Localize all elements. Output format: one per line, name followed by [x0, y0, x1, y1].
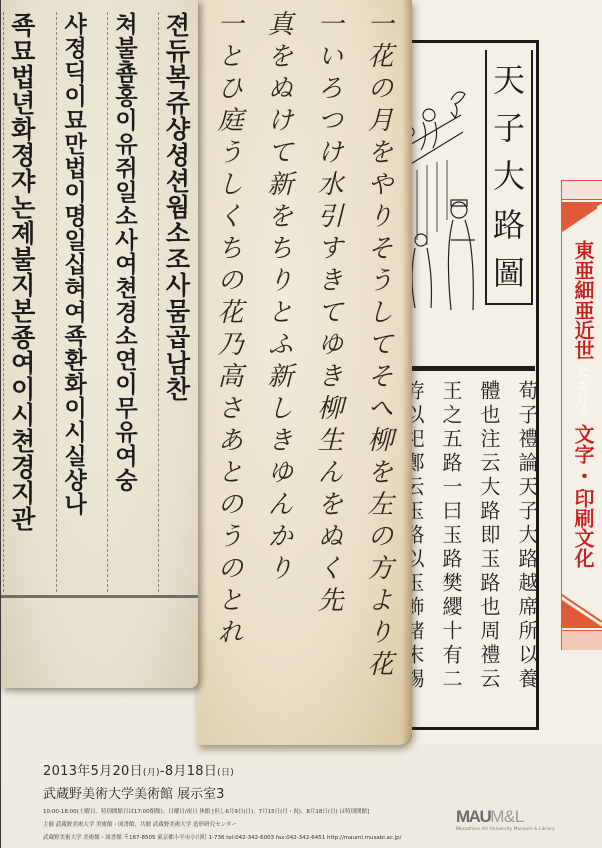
woodblock-text-column: 王之五路一曰玉路樊纓十有二: [441, 380, 461, 720]
korean-document-page: 젼듀복쥬샹셩션웜소조사뭄곱남찬 쳐불춈홍이유쥐일소사여쳔경소연이무유여숭 샤졍딕…: [1, 0, 198, 688]
korean-bottom-rule: [1, 595, 198, 598]
opening-hours: 10:00-18:00(土曜日、特別開館日は17:00閉館)、日曜日/祝日 休館…: [43, 807, 443, 815]
woodblock-title-char: 天: [493, 64, 525, 96]
korean-text-column: 죡묘법년화졍쟈논졔불지본죵여이시쳔경지관: [3, 12, 34, 592]
start-date: 2013年5月20日: [43, 764, 143, 779]
end-day-of-week: (日): [217, 768, 234, 778]
title-subject-1: 文字: [573, 424, 593, 464]
cursive-manuscript-page: 一花の月をやりそうしてそへ柳を左の方より花 一いろつけ水引すきてゆき柳生んをぬく…: [197, 0, 412, 745]
title-separator: ・: [573, 466, 593, 486]
woodblock-figures-illustration: [401, 60, 483, 320]
woodblock-divider: [399, 366, 535, 371]
exhibition-title: 東亜細亜近世 における 文字 ・ 印刷文化: [566, 240, 600, 590]
woodblock-text-column: 荀子禮論天子大路越席所以養: [517, 380, 537, 720]
title-connector: における: [577, 366, 589, 418]
title-ribbon: 東亜細亜近世 における 文字 ・ 印刷文化: [561, 180, 602, 650]
logo-tagline: Musashino Art University Museum & Librar…: [456, 827, 586, 832]
manuscript-text-column: 真をぬけて新をちりとふ新しきゆんかり: [265, 10, 291, 730]
ribbon-top-band: [562, 180, 602, 200]
korean-text-column: 젼듀복쥬샹셩션웜소조사뭄곱남찬: [158, 12, 189, 592]
woodblock-text-block: 荀子禮論天子大路越席所以養 體也注云大路即玉路也周禮云 王之五路一曰玉路樊纓十有…: [403, 380, 537, 720]
organizers: 主催 武蔵野美術大学 美術館・図書館、共催 武蔵野美術大学 造形研究センター: [43, 820, 443, 828]
exhibition-dates: 2013年5月20日(月)-8月18日(日): [43, 760, 443, 779]
logo-mark-light: M&L: [490, 807, 523, 826]
ribbon-bottom-triangle: [562, 600, 602, 628]
start-day-of-week: (月): [143, 768, 160, 778]
woodblock-text-column: 體也注云大路即玉路也周禮云: [479, 380, 499, 720]
woodblock-title-char: 子: [493, 112, 525, 144]
korean-text-block: 젼듀복쥬샹셩션웜소조사뭄곱남찬 쳐불춈홍이유쥐일소사여쳔경소연이무유여숭 샤졍딕…: [1, 12, 191, 592]
title-subject-2: 印刷文化: [573, 488, 593, 568]
woodblock-title-char: 路: [493, 209, 525, 241]
woodblock-title-box: 天 子 大 路 圖: [485, 50, 533, 305]
manuscript-text-column: 一いろつけ水引すきてゆき柳生んをぬく先: [315, 10, 341, 730]
woodblock-title-char: 大: [493, 160, 525, 192]
contact-details: 武蔵野美術大学 美術館・図書館 〒187-8505 東京都小平市小川町 1-73…: [43, 833, 443, 841]
mau-ml-logo: MAUM&L Musashino Art University Museum &…: [456, 808, 586, 832]
woodblock-title-char: 圖: [493, 257, 525, 289]
logo-mark-bold: MAU: [456, 807, 490, 826]
korean-text-column: 쳐불춈홍이유쥐일소사여쳔경소연이무유여숭: [107, 12, 136, 592]
korean-text-column: 샤졍딕이묘만법이명일십혀여죡환화이시실샹나: [56, 12, 85, 592]
ribbon-bottom-band: [562, 630, 602, 650]
manuscript-text-column: 一花の月をやりそうしてそへ柳を左の方より花: [365, 10, 391, 730]
manuscript-text-block: 一花の月をやりそうしてそへ柳を左の方より花 一いろつけ水引すきてゆき柳生んをぬく…: [203, 10, 403, 730]
logo-mark: MAUM&L: [456, 808, 586, 825]
exhibition-venue: 武蔵野美術大学美術館 展示室3: [43, 783, 443, 802]
exhibition-info: 2013年5月20日(月)-8月18日(日) 武蔵野美術大学美術館 展示室3 1…: [43, 760, 443, 841]
manuscript-text-column: 一とひ庭うしくちの花乃高さあとのうのとれ: [215, 10, 241, 730]
title-main: 東亜細亜近世: [573, 240, 593, 360]
exhibition-poster: 天 子 大 路 圖 荀子禮論天子大路越席所以養 體也注云大路即玉路也周禮云 王之…: [0, 0, 602, 848]
end-date: 8月18日: [165, 764, 217, 779]
